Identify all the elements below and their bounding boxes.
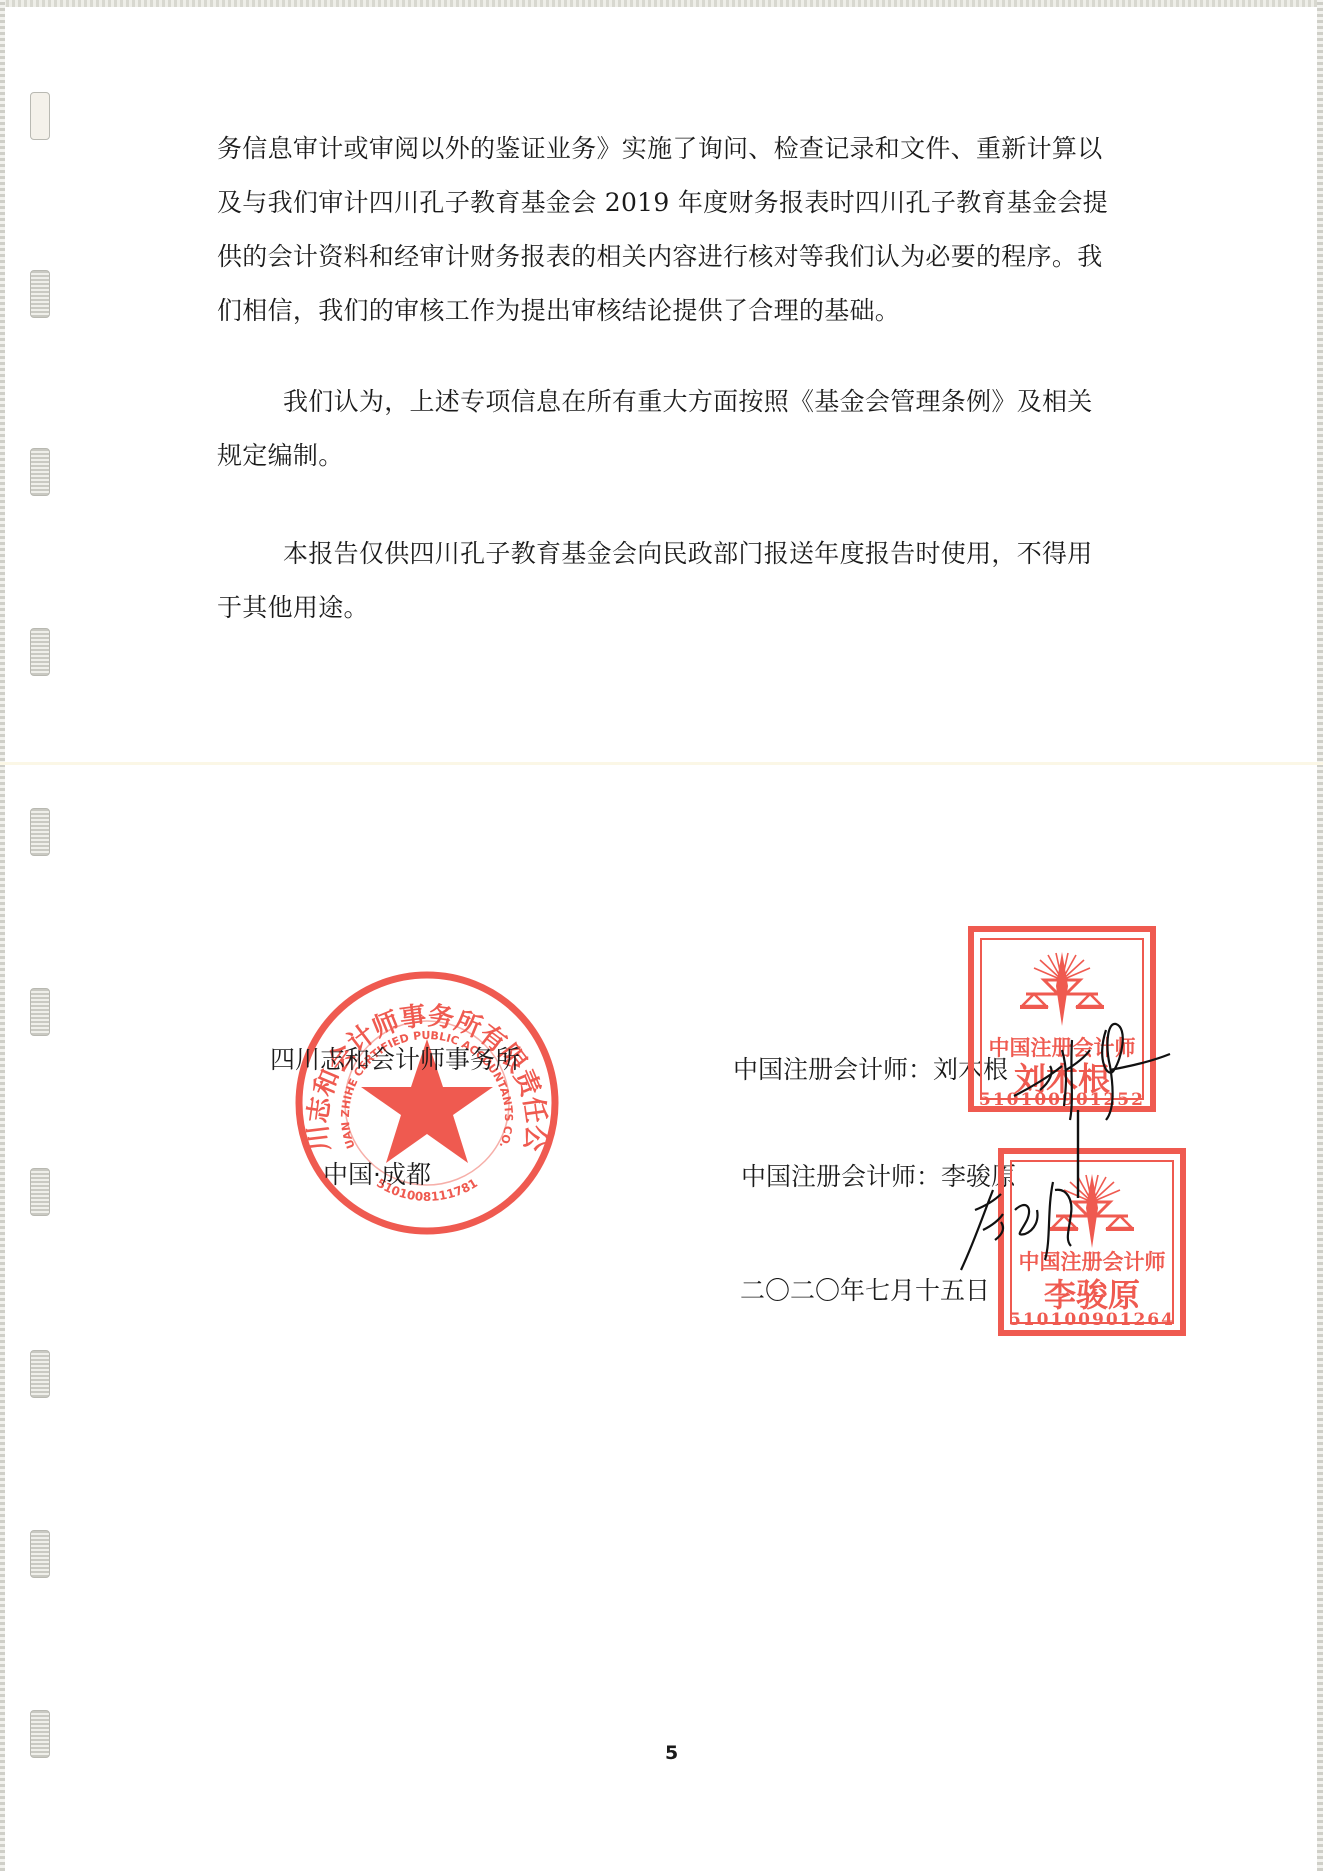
text-line: 于其他用途。 — [217, 581, 1135, 635]
scan-border-left — [0, 0, 5, 1871]
text-line: 供的会计资料和经审计财务报表的相关内容进行核对等我们认为必要的程序。我 — [217, 230, 1135, 284]
binding-hole — [30, 92, 50, 140]
scan-border-right — [1317, 0, 1323, 1871]
text-line: 们相信，我们的审核工作为提出审核结论提供了合理的基础。 — [217, 284, 1135, 338]
binding-hole — [30, 628, 50, 676]
scales-of-justice-icon — [1050, 1172, 1134, 1252]
paragraph-audit-procedures: 务信息审计或审阅以外的鉴证业务》实施了询问、检查记录和文件、重新计算以 及与我们… — [217, 122, 1135, 338]
text-line: 及与我们审计四川孔子教育基金会 2019 年度财务报表时四川孔子教育基金会提 — [217, 176, 1135, 230]
page-fold-line — [0, 762, 1323, 765]
text-line: 本报告仅供四川孔子教育基金会向民政部门报送年度报告时使用，不得用 — [217, 527, 1135, 581]
binding-hole — [30, 1710, 50, 1758]
firm-name: 四川志和会计师事务所 — [270, 1040, 520, 1076]
firm-seal-stamp: 四川志和会计师事务所有限责任公司 SICHUAN ZHIHE CERTIFIED… — [293, 969, 561, 1237]
cpa-seal-code: 510100901252 — [974, 1090, 1150, 1110]
cpa-seal-li-junyuan: 中国注册会计师 李骏原 510100901264 — [998, 1148, 1186, 1336]
cpa-1-signature-line: 中国注册会计师：刘木根 — [733, 1050, 1008, 1086]
scan-border-top — [0, 0, 1323, 7]
binding-hole — [30, 1168, 50, 1216]
paragraph-conclusion: 我们认为，上述专项信息在所有重大方面按照《基金会管理条例》及相关 规定编制。 — [217, 375, 1135, 483]
binding-hole — [30, 1350, 50, 1398]
binding-hole — [30, 988, 50, 1036]
firm-location: 中国·成都 — [323, 1155, 431, 1191]
binding-hole — [30, 808, 50, 856]
page-number: 5 — [665, 1742, 678, 1764]
text-line: 务信息审计或审阅以外的鉴证业务》实施了询问、检查记录和文件、重新计算以 — [217, 122, 1135, 176]
binding-hole — [30, 1530, 50, 1578]
report-date: 二〇二〇年七月十五日 — [740, 1271, 990, 1307]
text-line: 我们认为，上述专项信息在所有重大方面按照《基金会管理条例》及相关 — [217, 375, 1135, 429]
cpa-2-signature-line: 中国注册会计师：李骏原 — [741, 1157, 1016, 1193]
cpa-seal-code: 510100901264 — [1004, 1310, 1180, 1330]
paragraph-usage-restriction: 本报告仅供四川孔子教育基金会向民政部门报送年度报告时使用，不得用 于其他用途。 — [217, 527, 1135, 635]
text-line: 规定编制。 — [217, 429, 1135, 483]
cpa-seal-liu-mugen: 中国注册会计师 刘木根 510100901252 — [968, 926, 1156, 1112]
binding-hole — [30, 270, 50, 318]
scales-of-justice-icon — [1020, 950, 1104, 1030]
binding-hole — [30, 448, 50, 496]
